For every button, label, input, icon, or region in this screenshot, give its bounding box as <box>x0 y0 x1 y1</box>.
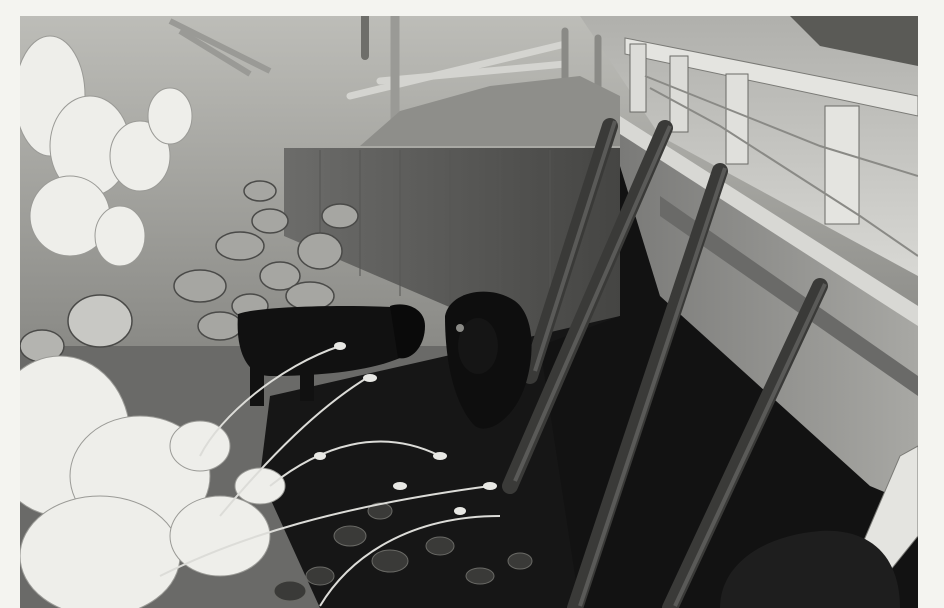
scene <box>20 16 918 608</box>
photograph <box>20 16 918 608</box>
photo-border <box>0 0 944 608</box>
